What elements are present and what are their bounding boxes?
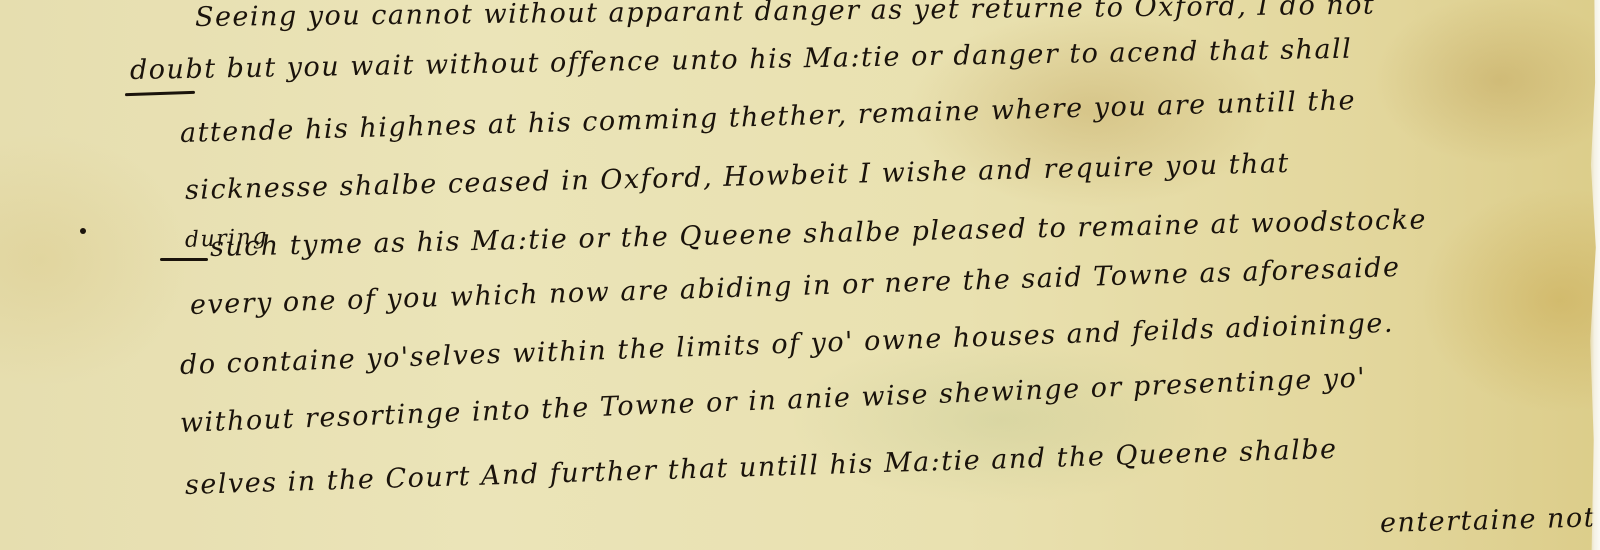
ink-blot xyxy=(80,228,86,234)
flourish-stroke xyxy=(125,91,195,96)
manuscript-page: Seeing you cannot without apparant dange… xyxy=(0,0,1600,550)
manuscript-line-1: Seeing you cannot without apparant dange… xyxy=(195,0,1376,33)
manuscript-line-2: doubt but you wait without offence unto … xyxy=(130,34,1353,86)
manuscript-line-7: every one of you which now are abiding i… xyxy=(190,252,1401,321)
manuscript-line-3: attende his highnes at his comming theth… xyxy=(180,85,1357,149)
manuscript-line-6: such tyme as his Ma:tie or the Queene sh… xyxy=(210,204,1428,263)
torn-paper-edge xyxy=(1586,0,1600,550)
manuscript-line-4: sicknesse shalbe ceased in Oxford, Howbe… xyxy=(185,148,1291,206)
flourish-stroke xyxy=(160,258,208,261)
manuscript-line-11-partial: entertaine not xyxy=(1380,502,1597,539)
manuscript-line-10: selves in the Court And further that unt… xyxy=(185,434,1338,501)
